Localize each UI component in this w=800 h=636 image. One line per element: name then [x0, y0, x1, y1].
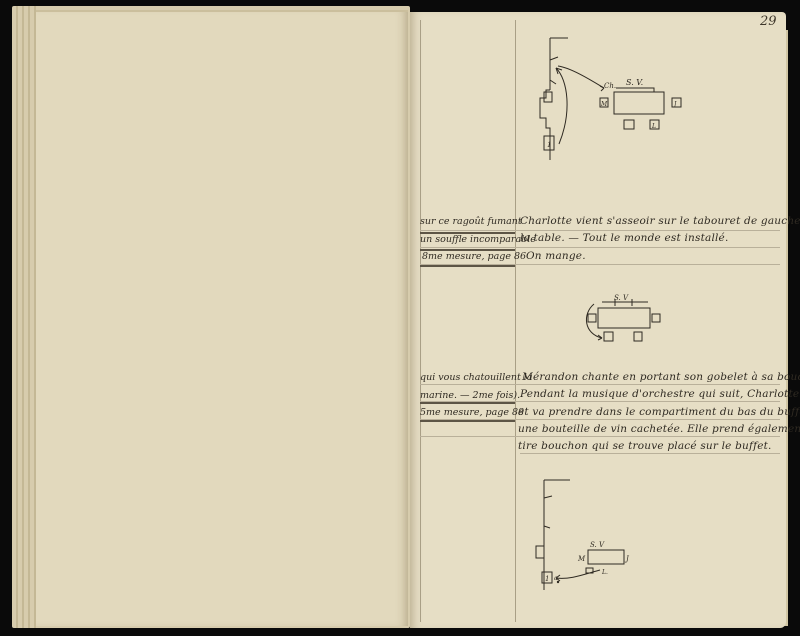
stage-direction: et va prendre dans le compartiment du ba… [518, 406, 800, 418]
diagram-label: S. V [614, 294, 629, 302]
left-page-blank [36, 10, 408, 626]
diagram-label: J [624, 555, 630, 563]
diagram-label: M [600, 101, 608, 108]
diagram-label: M [577, 555, 586, 563]
stage-diagram-2: S. V [580, 294, 670, 354]
diagram-label: 1 [545, 575, 549, 583]
diagram-label: L. [601, 569, 608, 576]
page-edge [28, 6, 30, 628]
page-edge [22, 6, 24, 628]
right-page: 29 Ch. S. V. [410, 12, 786, 628]
page-top-edge [36, 10, 408, 12]
stage-diagram-3: S. V M J L. 1 a [530, 474, 650, 594]
cue-underline [420, 420, 515, 422]
stage-direction: On mange. [526, 250, 586, 262]
cue-text: 5me mesure, page 88 [420, 407, 524, 418]
diagram-label: L [651, 123, 656, 130]
diagram-label: a [554, 575, 558, 582]
cue-underline [420, 402, 515, 404]
cue-text: sur ce ragoût fumant [420, 216, 522, 227]
ruled-line [420, 419, 780, 420]
ruled-line [420, 384, 780, 385]
cue-text: marine. — 2me fois). [420, 390, 520, 401]
ruled-line [420, 264, 780, 265]
page-edge [16, 6, 18, 628]
diagram-label: S. V [590, 541, 605, 549]
cue-text: 8me mesure, page 86 [422, 251, 526, 262]
diagram-label: S. V. [626, 78, 643, 87]
cue-text: un souffle incomparable [420, 234, 536, 245]
ruled-line [420, 230, 780, 231]
stage-direction: une bouteille de vin cachetée. Elle pren… [518, 423, 800, 435]
stage-direction: Pendant la musique d'orchestre qui suit,… [520, 388, 800, 400]
ruled-line [420, 401, 780, 402]
ruled-line [420, 436, 780, 437]
stage-direction: la table. — Tout le monde est installé. [520, 232, 729, 244]
margin-line [420, 20, 421, 622]
stage-diagram-1: Ch. S. V. M J L 1 [524, 32, 704, 162]
stage-direction: Mérandon chante en portant son gobelet à… [522, 371, 800, 383]
diagram-label: 1 [547, 141, 551, 149]
stage-direction: tire bouchon qui se trouve placé sur le … [518, 440, 772, 452]
ruled-line [420, 247, 780, 248]
cue-column-line [515, 20, 516, 622]
cue-text: qui vous chatouillent la [420, 372, 533, 383]
ruled-line [520, 453, 780, 454]
stage-direction: Charlotte vient s'asseoir sur le taboure… [520, 215, 800, 227]
cue-underline [420, 265, 515, 267]
page-number: 29 [760, 14, 777, 29]
open-book: 29 Ch. S. V. [0, 0, 800, 636]
diagram-label: Ch. [604, 82, 616, 90]
